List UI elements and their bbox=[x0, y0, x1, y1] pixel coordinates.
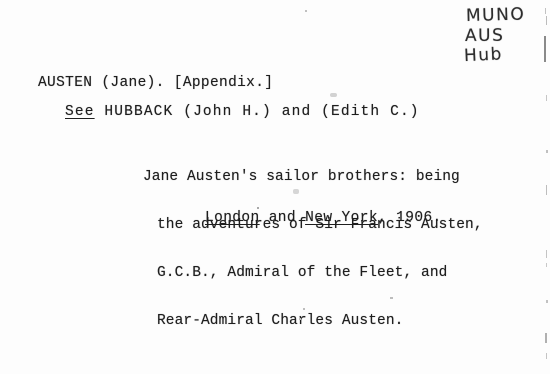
scan-artifact bbox=[546, 353, 547, 359]
scan-artifact bbox=[545, 333, 547, 343]
imprint-line: London and New York, 1906. bbox=[205, 210, 442, 226]
scan-artifact bbox=[546, 250, 547, 258]
imprint-place-new-york: New York bbox=[305, 210, 378, 226]
imprint-connector: and bbox=[260, 210, 306, 226]
annotation-line-3: Hub bbox=[464, 44, 524, 67]
scan-artifact bbox=[546, 263, 547, 267]
scan-artifact bbox=[305, 10, 307, 12]
title-line-3: G.C.B., Admiral of the Fleet, and bbox=[143, 265, 483, 281]
entry-heading: AUSTEN (Jane). [Appendix.] bbox=[38, 75, 273, 91]
catalog-card: MUNO AUS Hub AUSTEN (Jane). [Appendix.] … bbox=[0, 0, 550, 374]
scan-artifact bbox=[544, 36, 546, 62]
imprint-date: , 1906. bbox=[378, 210, 442, 226]
scan-artifact bbox=[546, 95, 547, 101]
imprint-place-london: London bbox=[205, 210, 260, 226]
scan-artifact bbox=[546, 300, 548, 303]
handwritten-annotation: MUNO AUS Hub bbox=[466, 6, 525, 66]
title-line-4: Rear-Admiral Charles Austen. bbox=[143, 313, 483, 329]
see-label: See bbox=[65, 104, 95, 120]
title-paragraph: Jane Austen's sailor brothers: being the… bbox=[143, 137, 483, 361]
scan-artifact bbox=[546, 150, 548, 153]
cross-reference-line: See HUBBACK (John H.) and (Edith C.) bbox=[65, 104, 420, 120]
scan-artifact bbox=[546, 185, 547, 195]
title-line-1: Jane Austen's sailor brothers: being bbox=[143, 169, 483, 185]
scan-artifact bbox=[545, 8, 546, 14]
scan-artifact bbox=[546, 16, 547, 25]
cross-reference-text: HUBBACK (John H.) and (Edith C.) bbox=[95, 104, 420, 120]
scan-artifact bbox=[330, 93, 337, 97]
annotation-line-1: MUNO bbox=[466, 4, 526, 26]
